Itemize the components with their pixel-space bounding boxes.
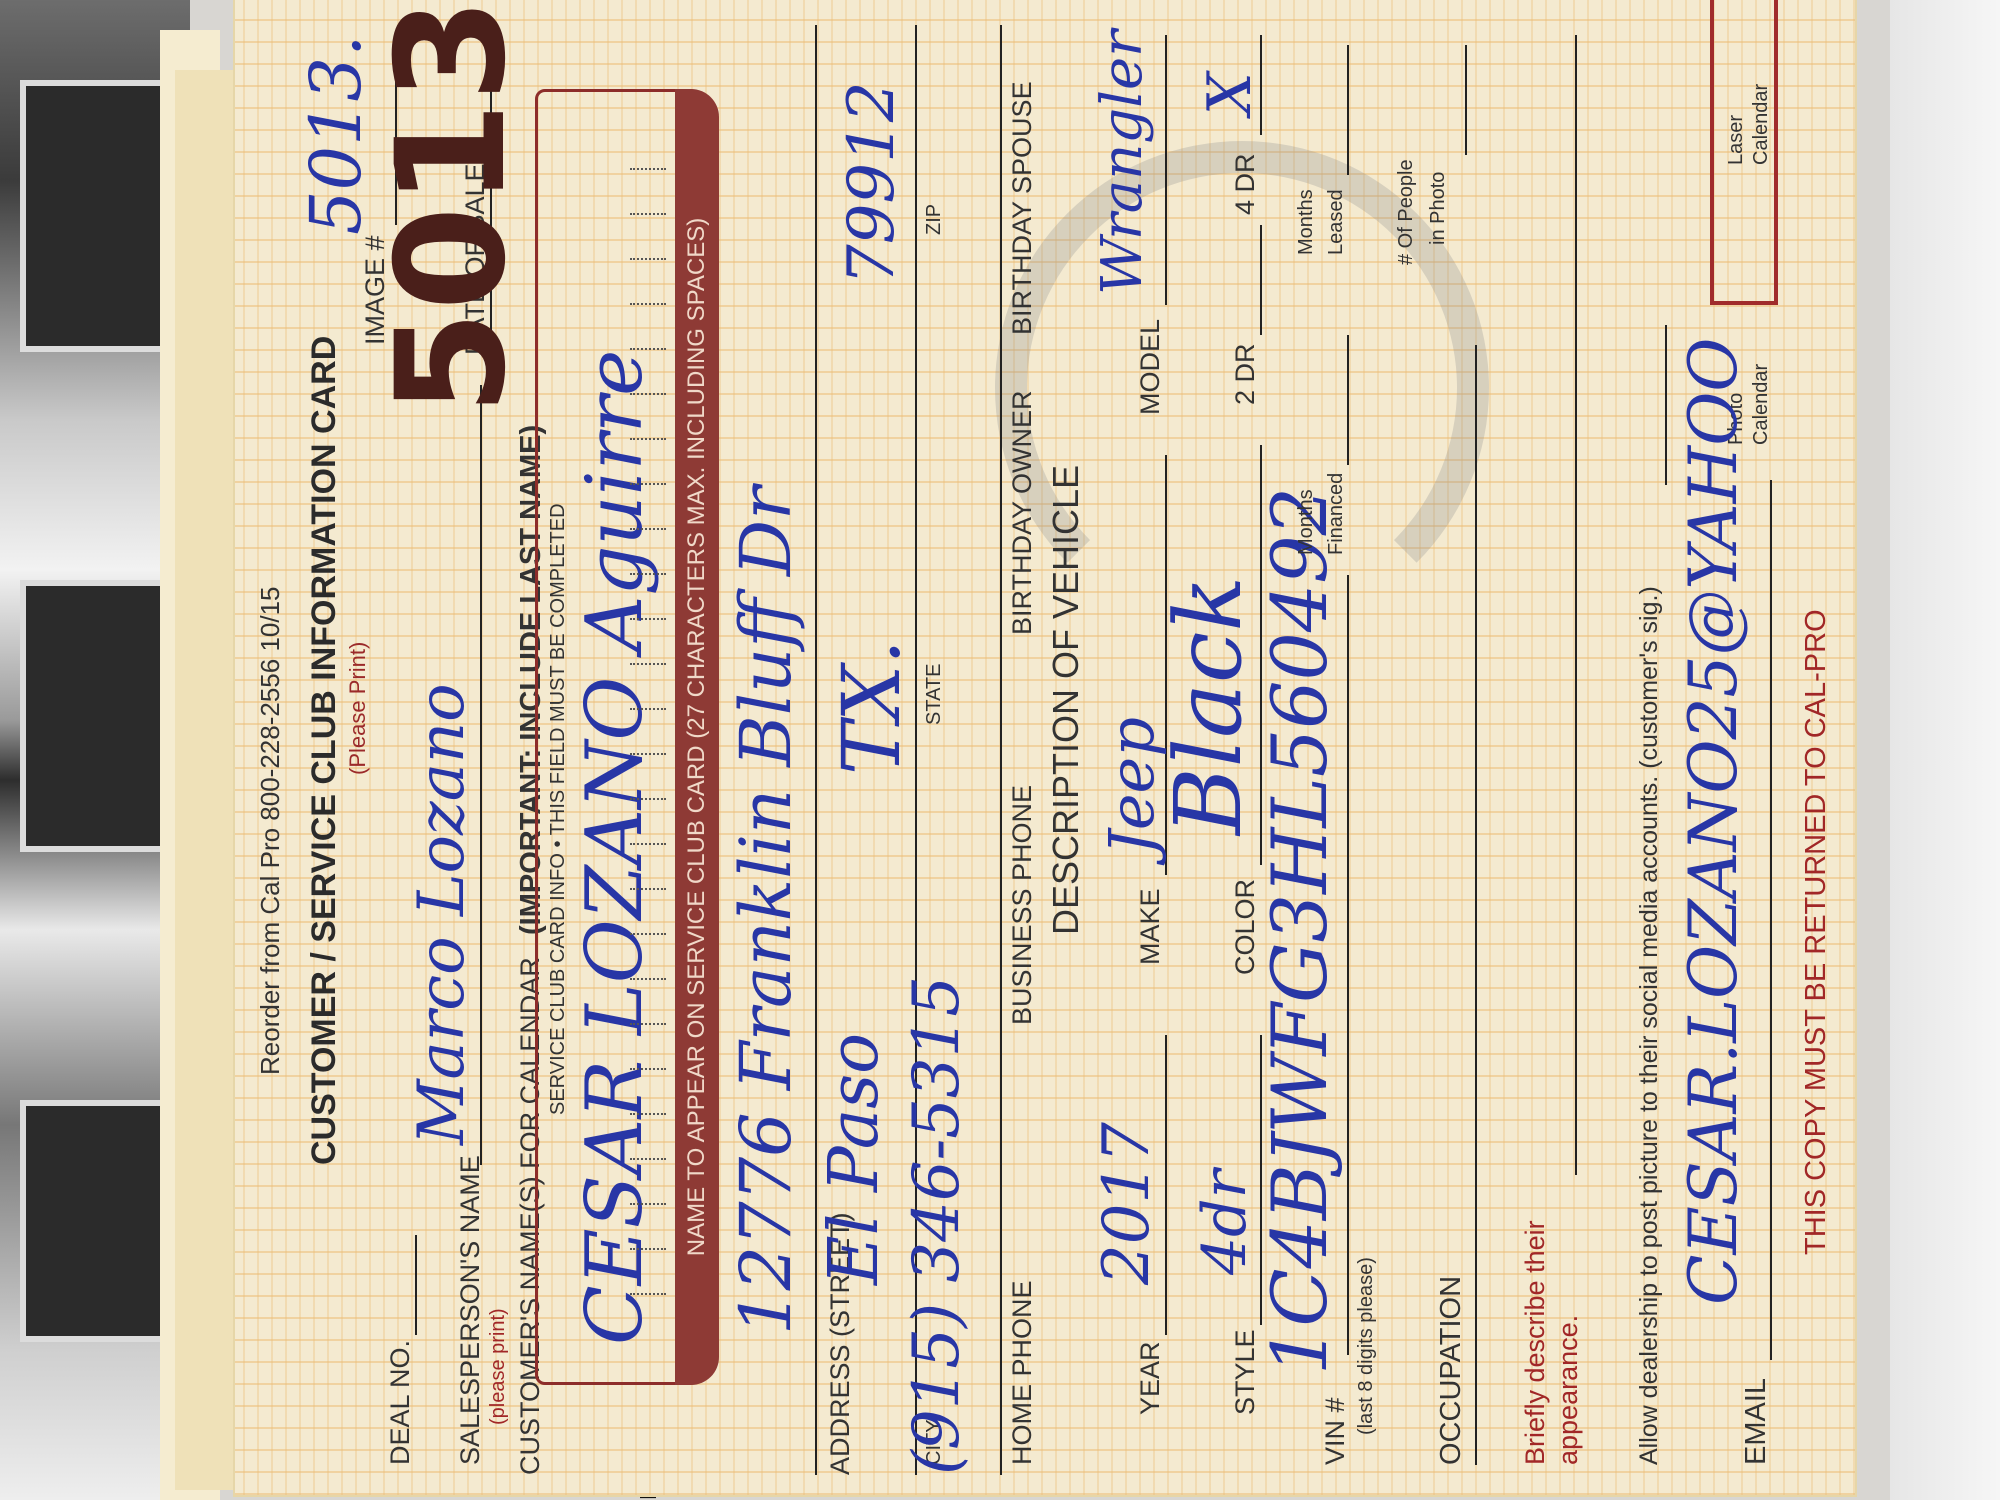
char-tick [630,1246,666,1250]
vehicle-heading: DESCRIPTION OF VEHICLE [1045,465,1087,935]
char-tick [630,211,666,215]
char-tick [630,616,666,620]
photo-calendar-label2: Calendar [1750,364,1773,445]
appearance-field[interactable] [1575,35,1577,1175]
model-label: MODEL [1135,319,1166,415]
char-tick [630,346,666,350]
form-title: CUSTOMER / SERVICE CLUB INFORMATION CARD [305,336,344,1165]
birthday-owner-label: BIRTHDAY OWNER [1007,390,1038,635]
email-value: CESAR.LOZANO25@YAHOO [1675,338,1752,1305]
vin-label: VIN # [1320,1397,1351,1465]
char-tick [630,1201,666,1205]
people-in-photo-label2: in Photo [1427,172,1450,245]
style-value: 4dr [1190,1170,1260,1275]
background-photo [20,1100,182,1342]
city-value: El Paso [815,1033,894,1285]
state-label: STATE [923,664,946,725]
months-financed-label1: Months [1295,489,1318,555]
social-consent-label: Allow dealership to post picture to thei… [1635,586,1664,1465]
people-in-photo-label1: # Of People [1395,159,1418,265]
home-phone-value: (915) 346-5315 [900,976,974,1475]
service-club-subnote: SERVICE CLUB CARD INFO • THIS FIELD MUST… [547,503,570,1115]
name-band: NAME TO APPEAR ON SERVICE CLUB CARD (27 … [675,89,719,1385]
char-tick [630,391,666,395]
zip-value: 79912 [835,81,909,285]
birthday-spouse-label: BIRTHDAY SPOUSE [1007,81,1038,335]
occupation-label: OCCUPATION [1435,1276,1468,1465]
make-label: MAKE [1135,888,1166,965]
business-phone-label: BUSINESS PHONE [1007,785,1038,1025]
please-print-note: (Please Print) [345,642,371,775]
vin-sublabel: (last 8 digits please) [1355,1257,1378,1435]
char-tick [630,481,666,485]
months-leased-field[interactable] [1347,45,1349,175]
char-tick [630,751,666,755]
char-tick [630,706,666,710]
char-tick [630,301,666,305]
months-financed-field[interactable] [1347,335,1349,465]
email-field[interactable] [1770,480,1772,1360]
zip-label: ZIP [923,204,946,235]
background-photo [20,580,182,852]
char-tick [630,1111,666,1115]
marker-number: 5013 [365,0,539,415]
address-value: 12776 Franklin Bluff Dr [725,486,807,1335]
email-label: EMAIL [1740,1378,1773,1465]
deal-no-label: DEAL NO. [385,1340,416,1465]
year-label: YEAR [1135,1341,1166,1415]
reorder-text: Reorder from Cal Pro 800-228-2556 10/15 [255,586,286,1075]
four-dr-label: 4 DR [1230,153,1261,215]
char-tick [630,1156,666,1160]
salesperson-value: Marco Lozano [405,683,479,1145]
vin-value: 1C4BJWFG3HL560492 [1255,487,1344,1375]
salesperson-sublabel: (please print) [487,1308,510,1425]
salesperson-label: SALESPERSON'S NAME [455,1155,486,1465]
char-tick [630,1291,666,1295]
char-tick [630,976,666,980]
char-tick [630,841,666,845]
appearance-label2: appearance. [1553,1315,1584,1465]
footer-note: THIS COPY MUST BE RETURNED TO CAL-PRO [1800,609,1833,1255]
year-value: 2017 [1090,1122,1164,1285]
model-field[interactable] [1165,35,1167,305]
months-financed-label2: Financed [1325,473,1348,555]
year-field[interactable] [1165,1035,1167,1335]
four-dr-value: X [1195,72,1265,115]
months-leased-label1: Months [1295,189,1318,255]
service-club-card: Reorder from Cal Pro 800-228-2556 10/15 … [235,0,1855,1495]
months-leased-label2: Leased [1325,189,1348,255]
char-tick [630,571,666,575]
salesperson-field[interactable] [480,385,482,1165]
color-value: Black [1155,576,1262,835]
model-value: Wrangler [1090,30,1155,295]
occupation-field[interactable] [1475,345,1477,1465]
char-tick [630,256,666,260]
deal-no-field[interactable] [415,1235,417,1335]
customer-names-value: CESAR LOZANO Aguirre [570,350,660,1345]
two-dr-label: 2 DR [1230,343,1261,405]
two-dr-field[interactable] [1260,225,1262,335]
char-tick [630,526,666,530]
appearance-label1: Briefly describe their [1520,1220,1551,1465]
vin-field[interactable] [1347,575,1349,1355]
char-tick [630,886,666,890]
home-phone-label: HOME PHONE [1007,1280,1038,1465]
char-tick [630,436,666,440]
char-tick [630,796,666,800]
social-consent-signature-field[interactable] [1665,325,1667,485]
char-tick [630,1066,666,1070]
background-copy-sheet: HIS COPY CAN BE USED TO ATTACH TO THE DE… [1890,0,2000,1500]
char-tick [630,661,666,665]
char-tick [630,931,666,935]
char-tick [630,166,666,170]
char-tick [630,1021,666,1025]
background-photo [20,80,182,352]
phone-field[interactable] [1000,25,1002,1475]
state-value: TX. [825,639,918,775]
laser-calendar-label1: Laser [1725,115,1748,165]
laser-calendar-label2: Calendar [1750,84,1773,165]
people-in-photo-field[interactable] [1465,45,1467,155]
